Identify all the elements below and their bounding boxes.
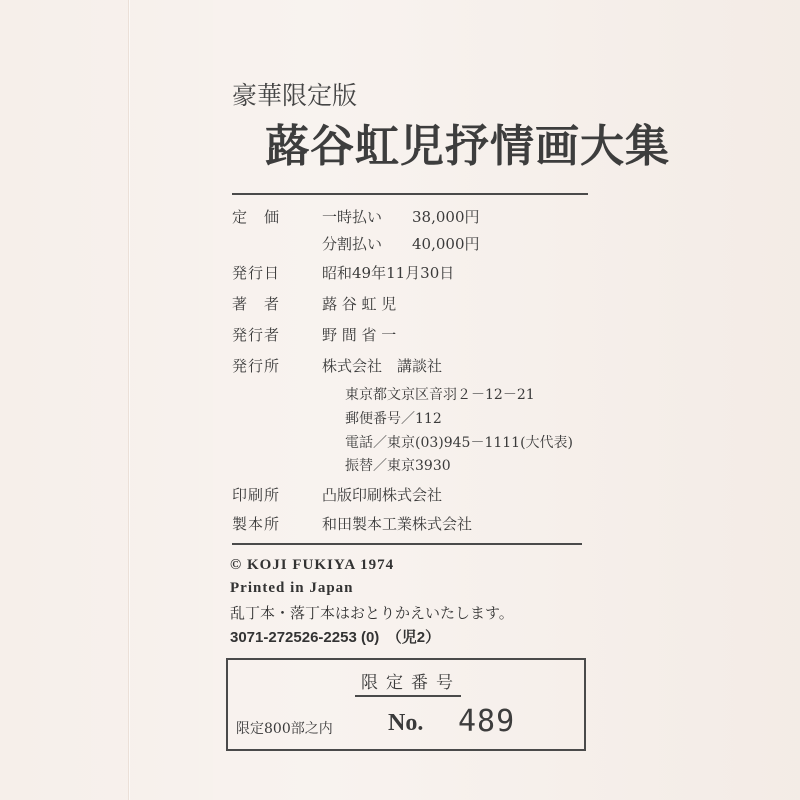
lump-sum-value: 38,000円	[412, 208, 480, 226]
limited-edition-box: 限定番号 限定800部之内 No. 489	[226, 658, 586, 751]
limited-number-heading: 限定番号	[355, 668, 461, 697]
limited-count-note: 限定800部之内	[236, 718, 333, 738]
top-divider	[232, 193, 588, 195]
bottom-divider	[232, 543, 582, 545]
classification-code: 3071-272526-2253 (0) （児2）	[230, 626, 440, 647]
publisher-person-label: 発行者	[232, 324, 280, 345]
printer-label: 印刷所	[232, 484, 280, 505]
publish-date-label: 発行日	[232, 262, 280, 283]
installment-value: 40,000円	[412, 235, 480, 253]
publisher-value: 株式会社 講談社	[322, 355, 442, 376]
page-fold-line	[128, 0, 129, 800]
publisher-label: 発行所	[232, 355, 280, 376]
author-label: 著 者	[232, 293, 280, 314]
colophon-page: 豪華限定版 蕗谷虹児抒情画大集 定 価 一時払い38,000円 分割払い40,0…	[0, 0, 800, 800]
number-label: No.	[388, 710, 423, 737]
publisher-transfer-account: 振替／東京3930	[345, 455, 451, 475]
copyright-line: © KOJI FUKIYA 1974	[230, 557, 394, 574]
lump-sum-label: 一時払い	[322, 206, 412, 227]
price-lump-sum: 一時払い38,000円	[322, 206, 480, 227]
author-value: 蕗 谷 虹 児	[322, 293, 396, 314]
publish-date-value: 昭和49年11月30日	[322, 262, 454, 283]
price-installment: 分割払い40,000円	[322, 233, 480, 254]
binder-value: 和田製本工業株式会社	[322, 513, 472, 534]
publisher-person-value: 野 間 省 一	[322, 324, 396, 345]
publisher-address: 東京都文京区音羽２－12－21	[345, 384, 535, 404]
binder-label: 製本所	[232, 513, 280, 534]
installment-label: 分割払い	[322, 233, 412, 254]
price-label: 定 価	[232, 206, 280, 227]
printed-in-line: Printed in Japan	[230, 580, 354, 597]
edition-subtitle: 豪華限定版	[232, 76, 357, 112]
book-title: 蕗谷虹児抒情画大集	[265, 110, 670, 174]
serial-number: 489	[458, 704, 515, 739]
printer-value: 凸版印刷株式会社	[322, 484, 442, 505]
publisher-phone: 電話／東京(03)945－1111(大代表)	[345, 432, 573, 452]
publisher-postal-code: 郵便番号／112	[345, 408, 442, 428]
replacement-note: 乱丁本・落丁本はおとりかえいたします。	[230, 602, 514, 623]
